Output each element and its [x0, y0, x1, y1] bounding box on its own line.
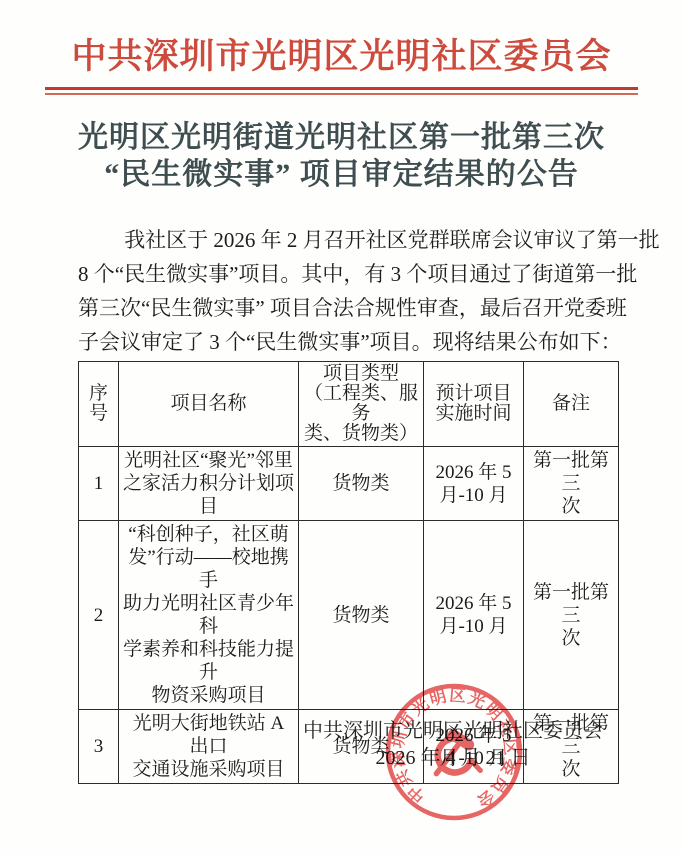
- document-title-line1: 光明区光明街道光明社区第一批第三次: [0, 119, 683, 156]
- body-paragraph: 我社区于 2026 年 2 月召开社区党群联席会议审议了第一批 8 个“民生微实…: [78, 223, 617, 359]
- header-cell-time: 预计项目 实施时间: [424, 362, 524, 447]
- letterhead-title: 中共深圳市光明区光明社区委员会: [0, 0, 683, 82]
- cell-name: 光明社区“聚光”邻里 之家活力积分计划项目: [119, 447, 299, 521]
- cell-name: “科创种子，社区萌 发”行动——校地携手 助力光明社区青少年科 学素养和科技能力…: [119, 521, 299, 710]
- cell-name: 光明大街地铁站 A 出口 交通设施采购项目: [119, 710, 299, 784]
- body-line: 第三次“民生微实事” 项目合法合规性审查，最后召开党委班: [78, 291, 617, 325]
- cell-type: 货物类: [299, 447, 424, 521]
- body-line: 8 个“民生微实事”项目。其中，有 3 个项目通过了街道第一批: [78, 257, 617, 291]
- header-cell-name: 项目名称: [119, 362, 299, 447]
- hammer-sickle-icon: [431, 732, 480, 777]
- official-seal-graphic: 中共深圳市光明区光明社区委员会: [381, 679, 527, 825]
- official-seal: 中共深圳市光明区光明社区委员会: [381, 679, 527, 825]
- cell-index: 3: [79, 710, 119, 784]
- document-page: 中共深圳市光明区光明社区委员会 光明区光明街道光明社区第一批第三次 “民生微实事…: [0, 0, 683, 854]
- document-title: 光明区光明街道光明社区第一批第三次 “民生微实事” 项目审定结果的公告: [0, 119, 683, 193]
- table-row: 2 “科创种子，社区萌 发”行动——校地携手 助力光明社区青少年科 学素养和科技…: [79, 521, 619, 710]
- body-line: 子会议审定了 3 个“民生微实事”项目。现将结果公布如下：: [78, 325, 617, 359]
- header-cell-index: 序 号: [79, 362, 119, 447]
- cell-index: 2: [79, 521, 119, 710]
- table-header-row: 序 号 项目名称 项目类型 （工程类、服务 类、货物类） 预计项目 实施时间 备…: [79, 362, 619, 447]
- cell-time: 2026 年 5 月-10 月: [424, 447, 524, 521]
- body-line: 我社区于 2026 年 2 月召开社区党群联席会议审议了第一批: [78, 223, 617, 257]
- table-row: 1 光明社区“聚光”邻里 之家活力积分计划项目 货物类 2026 年 5 月-1…: [79, 447, 619, 521]
- cell-remark: 第一批第三 次: [524, 521, 619, 710]
- header-cell-type: 项目类型 （工程类、服务 类、货物类）: [299, 362, 424, 447]
- letterhead-divider: [45, 87, 638, 95]
- header-cell-remark: 备注: [524, 362, 619, 447]
- cell-remark: 第一批第三 次: [524, 447, 619, 521]
- cell-index: 1: [79, 447, 119, 521]
- document-title-line2: “民生微实事” 项目审定结果的公告: [0, 156, 683, 193]
